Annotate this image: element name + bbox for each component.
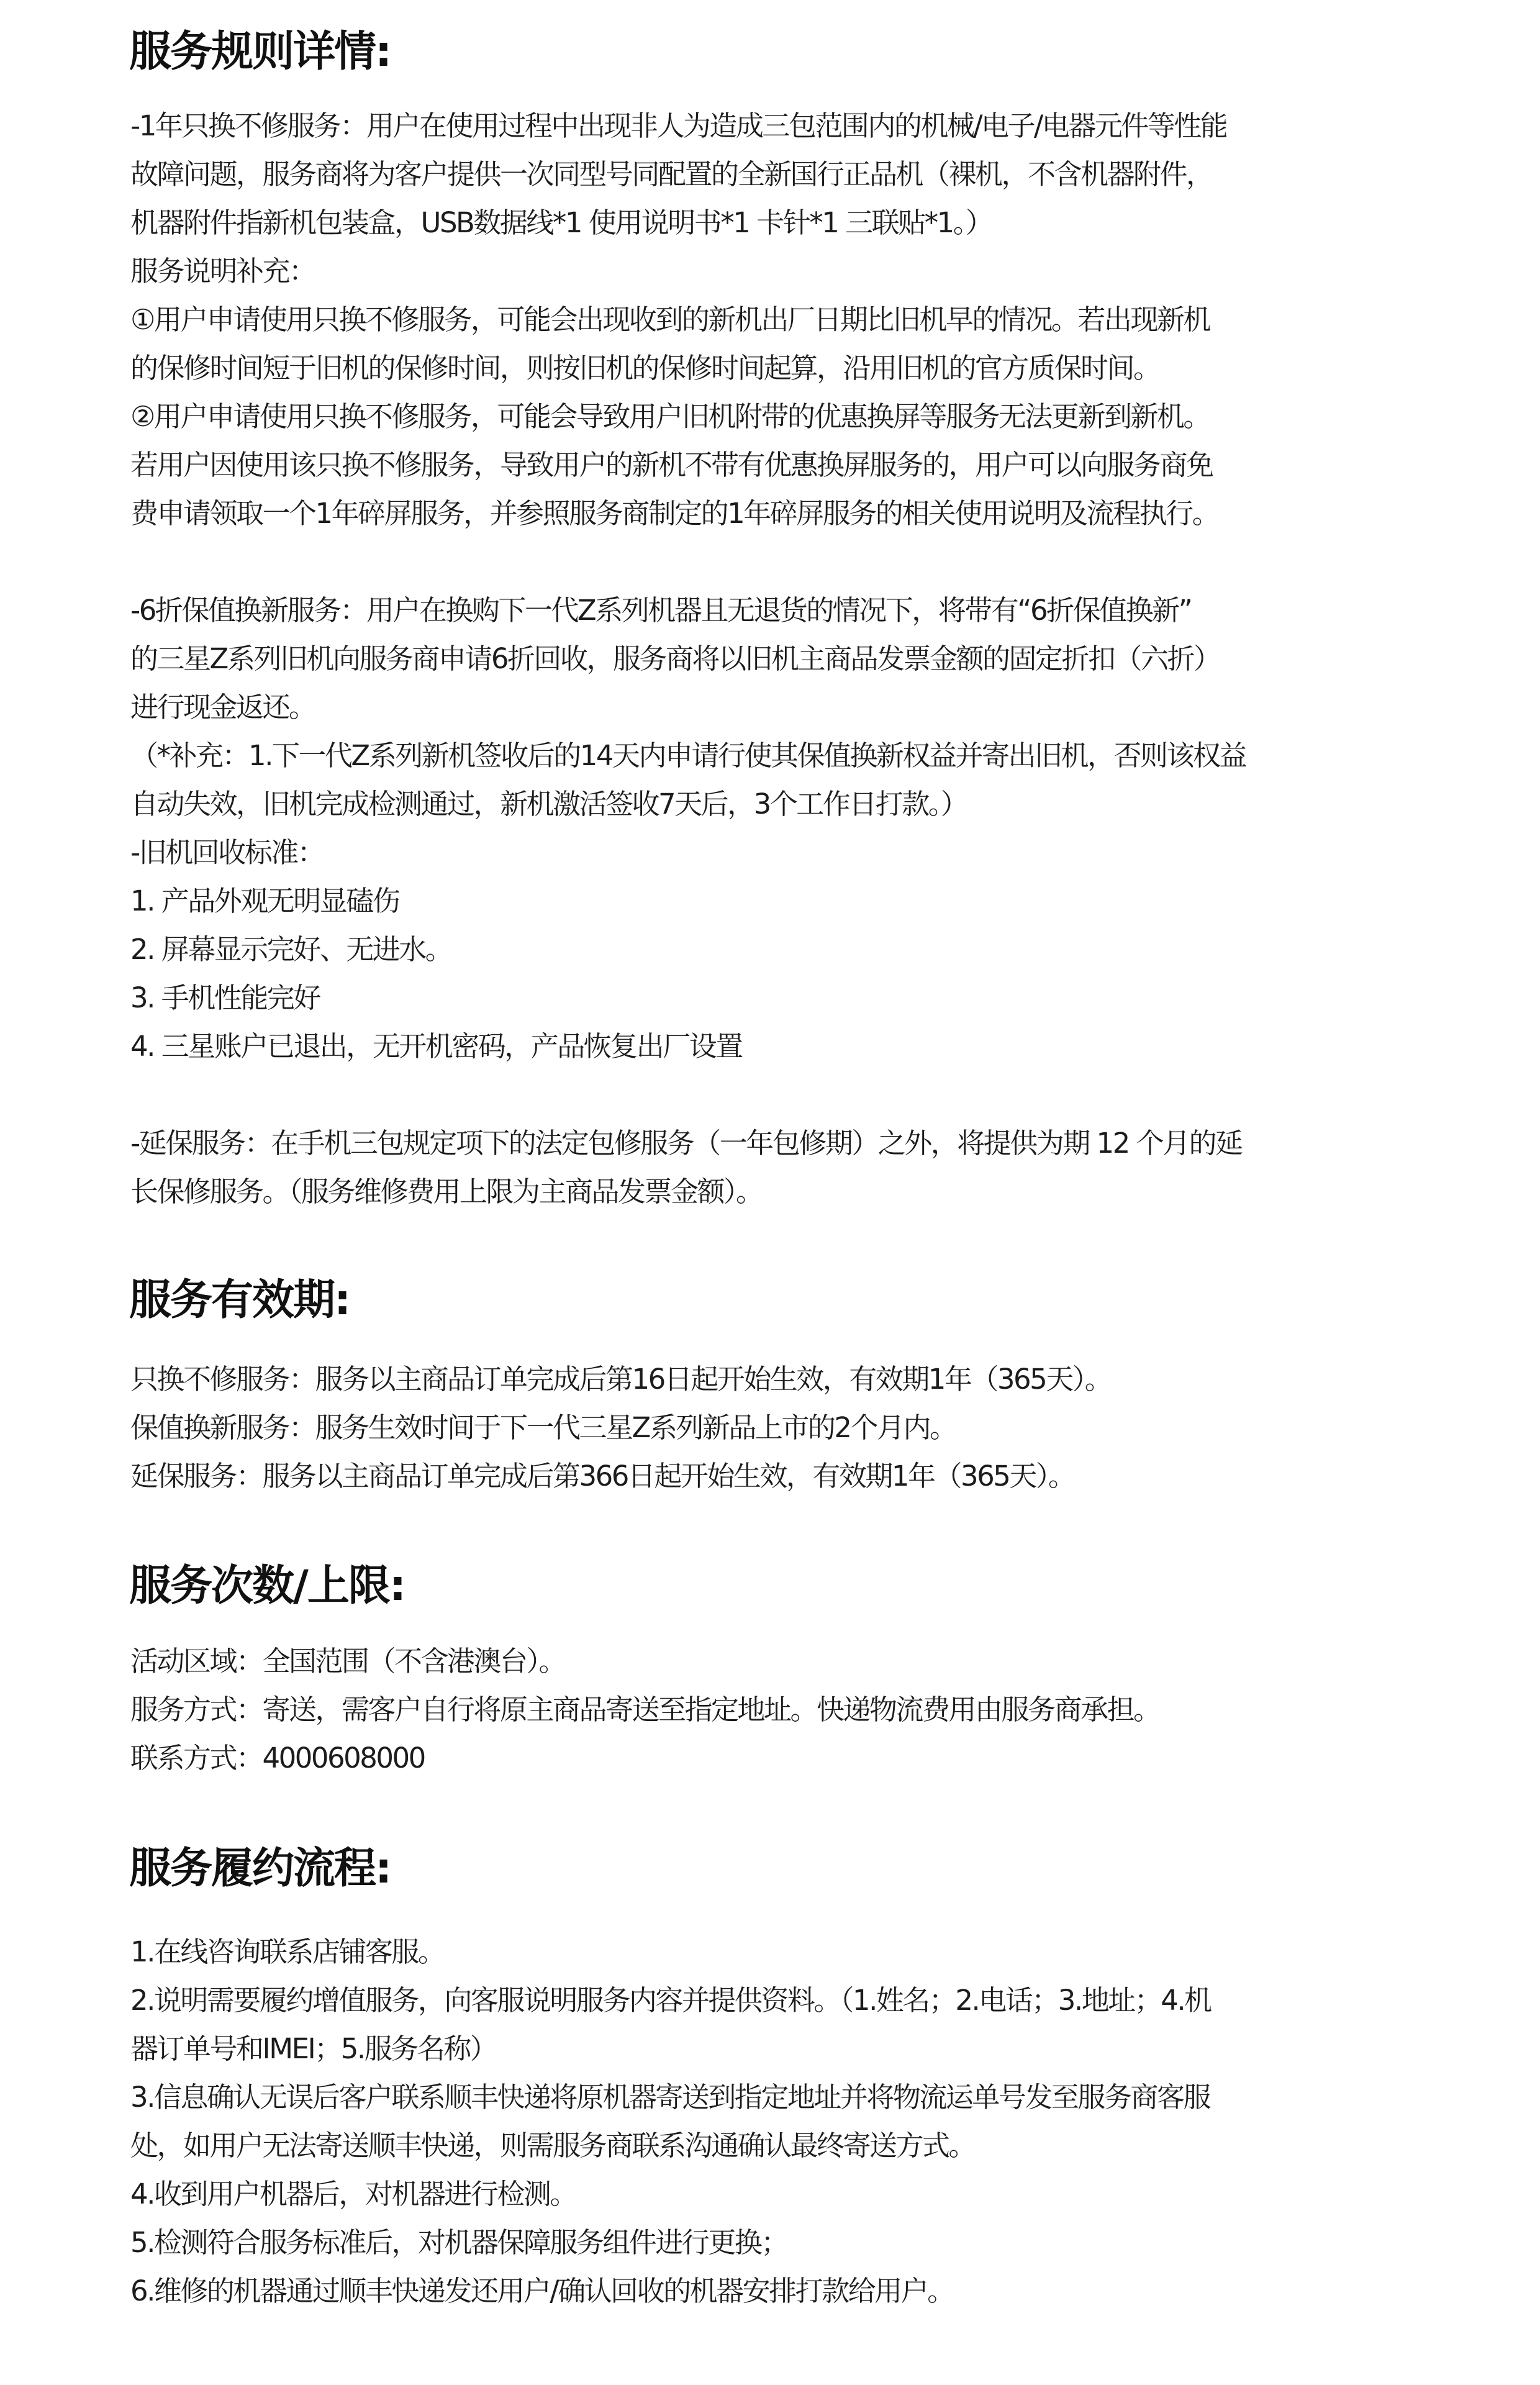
rules-line: 2. 屏幕显示完好、无进水。 bbox=[130, 935, 451, 963]
limits-line: 服务方式：寄送，需客户自行将原主商品寄送至指定地址。快递物流费用由服务商承担。 bbox=[130, 1696, 1160, 1724]
validity-line: 只换不修服务：服务以主商品订单完成后第16日起开始生效，有效期1年（365天）。 bbox=[130, 1365, 1111, 1393]
rules-line: 自动失效，旧机完成检测通过，新机激活签收7天后，3个工作日打款。） bbox=[130, 790, 967, 818]
rules-line: ①用户申请使用只换不修服务，可能会出现收到的新机出厂日期比旧机早的情况。若出现新… bbox=[130, 306, 1210, 334]
process-step: 6.维修的机器通过顺丰快递发还用户/确认回收的机器安排打款给用户。 bbox=[130, 2277, 954, 2305]
rules-line: 3. 手机性能完好 bbox=[130, 984, 320, 1012]
section-heading-process: 服务履约流程: bbox=[129, 1848, 391, 1890]
rules-line: 1. 产品外观无明显磕伤 bbox=[130, 887, 399, 915]
validity-line: 保值换新服务：服务生效时间于下一代三星Z系列新品上市的2个月内。 bbox=[130, 1414, 956, 1442]
section-heading-limits: 服务次数/上限: bbox=[129, 1565, 405, 1607]
validity-line: 延保服务：服务以主商品订单完成后第366日起开始生效，有效期1年（365天）。 bbox=[130, 1462, 1074, 1490]
rules-line: 故障问题，服务商将为客户提供一次同型号同配置的全新国行正品机（裸机，不含机器附件… bbox=[130, 160, 1213, 188]
rules-line: 的保修时间短于旧机的保修时间，则按旧机的保修时间起算，沿用旧机的官方质保时间。 bbox=[130, 354, 1160, 382]
rules-line: 若用户因使用该只换不修服务，导致用户的新机不带有优惠换屏服务的，用户可以向服务商… bbox=[130, 451, 1213, 479]
process-step: 处，如用户无法寄送顺丰快递，则需服务商联系沟通确认最终寄送方式。 bbox=[130, 2132, 975, 2160]
process-step: 5.检测符合服务标准后，对机器保障服务组件进行更换； bbox=[130, 2228, 787, 2256]
rules-line: -延保服务：在手机三包规定项下的法定包修服务（一年包修期）之外，将提供为期 12… bbox=[130, 1129, 1242, 1157]
rules-line: -1年只换不修服务：用户在使用过程中出现非人为造成三包范围内的机械/电子/电器元… bbox=[130, 112, 1226, 140]
rules-line: 的三星Z系列旧机向服务商申请6折回收，服务商将以旧机主商品发票金额的固定折扣（六… bbox=[130, 645, 1220, 673]
process-step: 2.说明需要履约增值服务，向客服说明服务内容并提供资料。（1.姓名；2.电话；3… bbox=[130, 1986, 1211, 2014]
rules-line: 4. 三星账户已退出，无开机密码，产品恢复出厂设置 bbox=[130, 1032, 742, 1060]
process-step: 4.收到用户机器后，对机器进行检测。 bbox=[130, 2180, 576, 2208]
process-step: 器订单号和IMEI；5.服务名称） bbox=[130, 2035, 496, 2063]
rules-line: 服务说明补充： bbox=[130, 257, 315, 285]
process-step: 1.在线咨询联系店铺客服。 bbox=[130, 1938, 444, 1966]
rules-line: 机器附件指新机包装盒，USB数据线*1 使用说明书*1 卡针*1 三联贴*1。） bbox=[130, 209, 992, 237]
section-heading-validity: 服务有效期: bbox=[129, 1279, 350, 1322]
process-step: 3.信息确认无误后客户联系顺丰快递将原机器寄送到指定地址并将物流运单号发至服务商… bbox=[130, 2083, 1210, 2111]
rules-line: -6折保值换新服务：用户在换购下一代Z系列机器且无退货的情况下，将带有“6折保值… bbox=[130, 596, 1191, 624]
rules-line: ②用户申请使用只换不修服务，可能会导致用户旧机附带的优惠换屏等服务无法更新到新机… bbox=[130, 402, 1210, 430]
rules-line: （*补充：1.下一代Z系列新机签收后的14天内申请行使其保值换新权益并寄出旧机，… bbox=[130, 742, 1246, 770]
limits-line: 活动区域：全国范围（不含港澳台）。 bbox=[130, 1647, 565, 1675]
rules-line: -旧机回收标准： bbox=[130, 838, 324, 866]
rules-line: 费申请领取一个1年碎屏服务，并参照服务商制定的1年碎屏服务的相关使用说明及流程执… bbox=[130, 499, 1218, 527]
rules-line: 长保修服务。（服务维修费用上限为主商品发票金额）。 bbox=[130, 1178, 763, 1206]
limits-line: 联系方式：4000608000 bbox=[130, 1744, 425, 1772]
rules-line: 进行现金返还。 bbox=[130, 693, 315, 721]
service-rules-document: 服务规则详情: -1年只换不修服务：用户在使用过程中出现非人为造成三包范围内的机… bbox=[0, 0, 1540, 2385]
section-heading-rules: 服务规则详情: bbox=[129, 31, 391, 73]
